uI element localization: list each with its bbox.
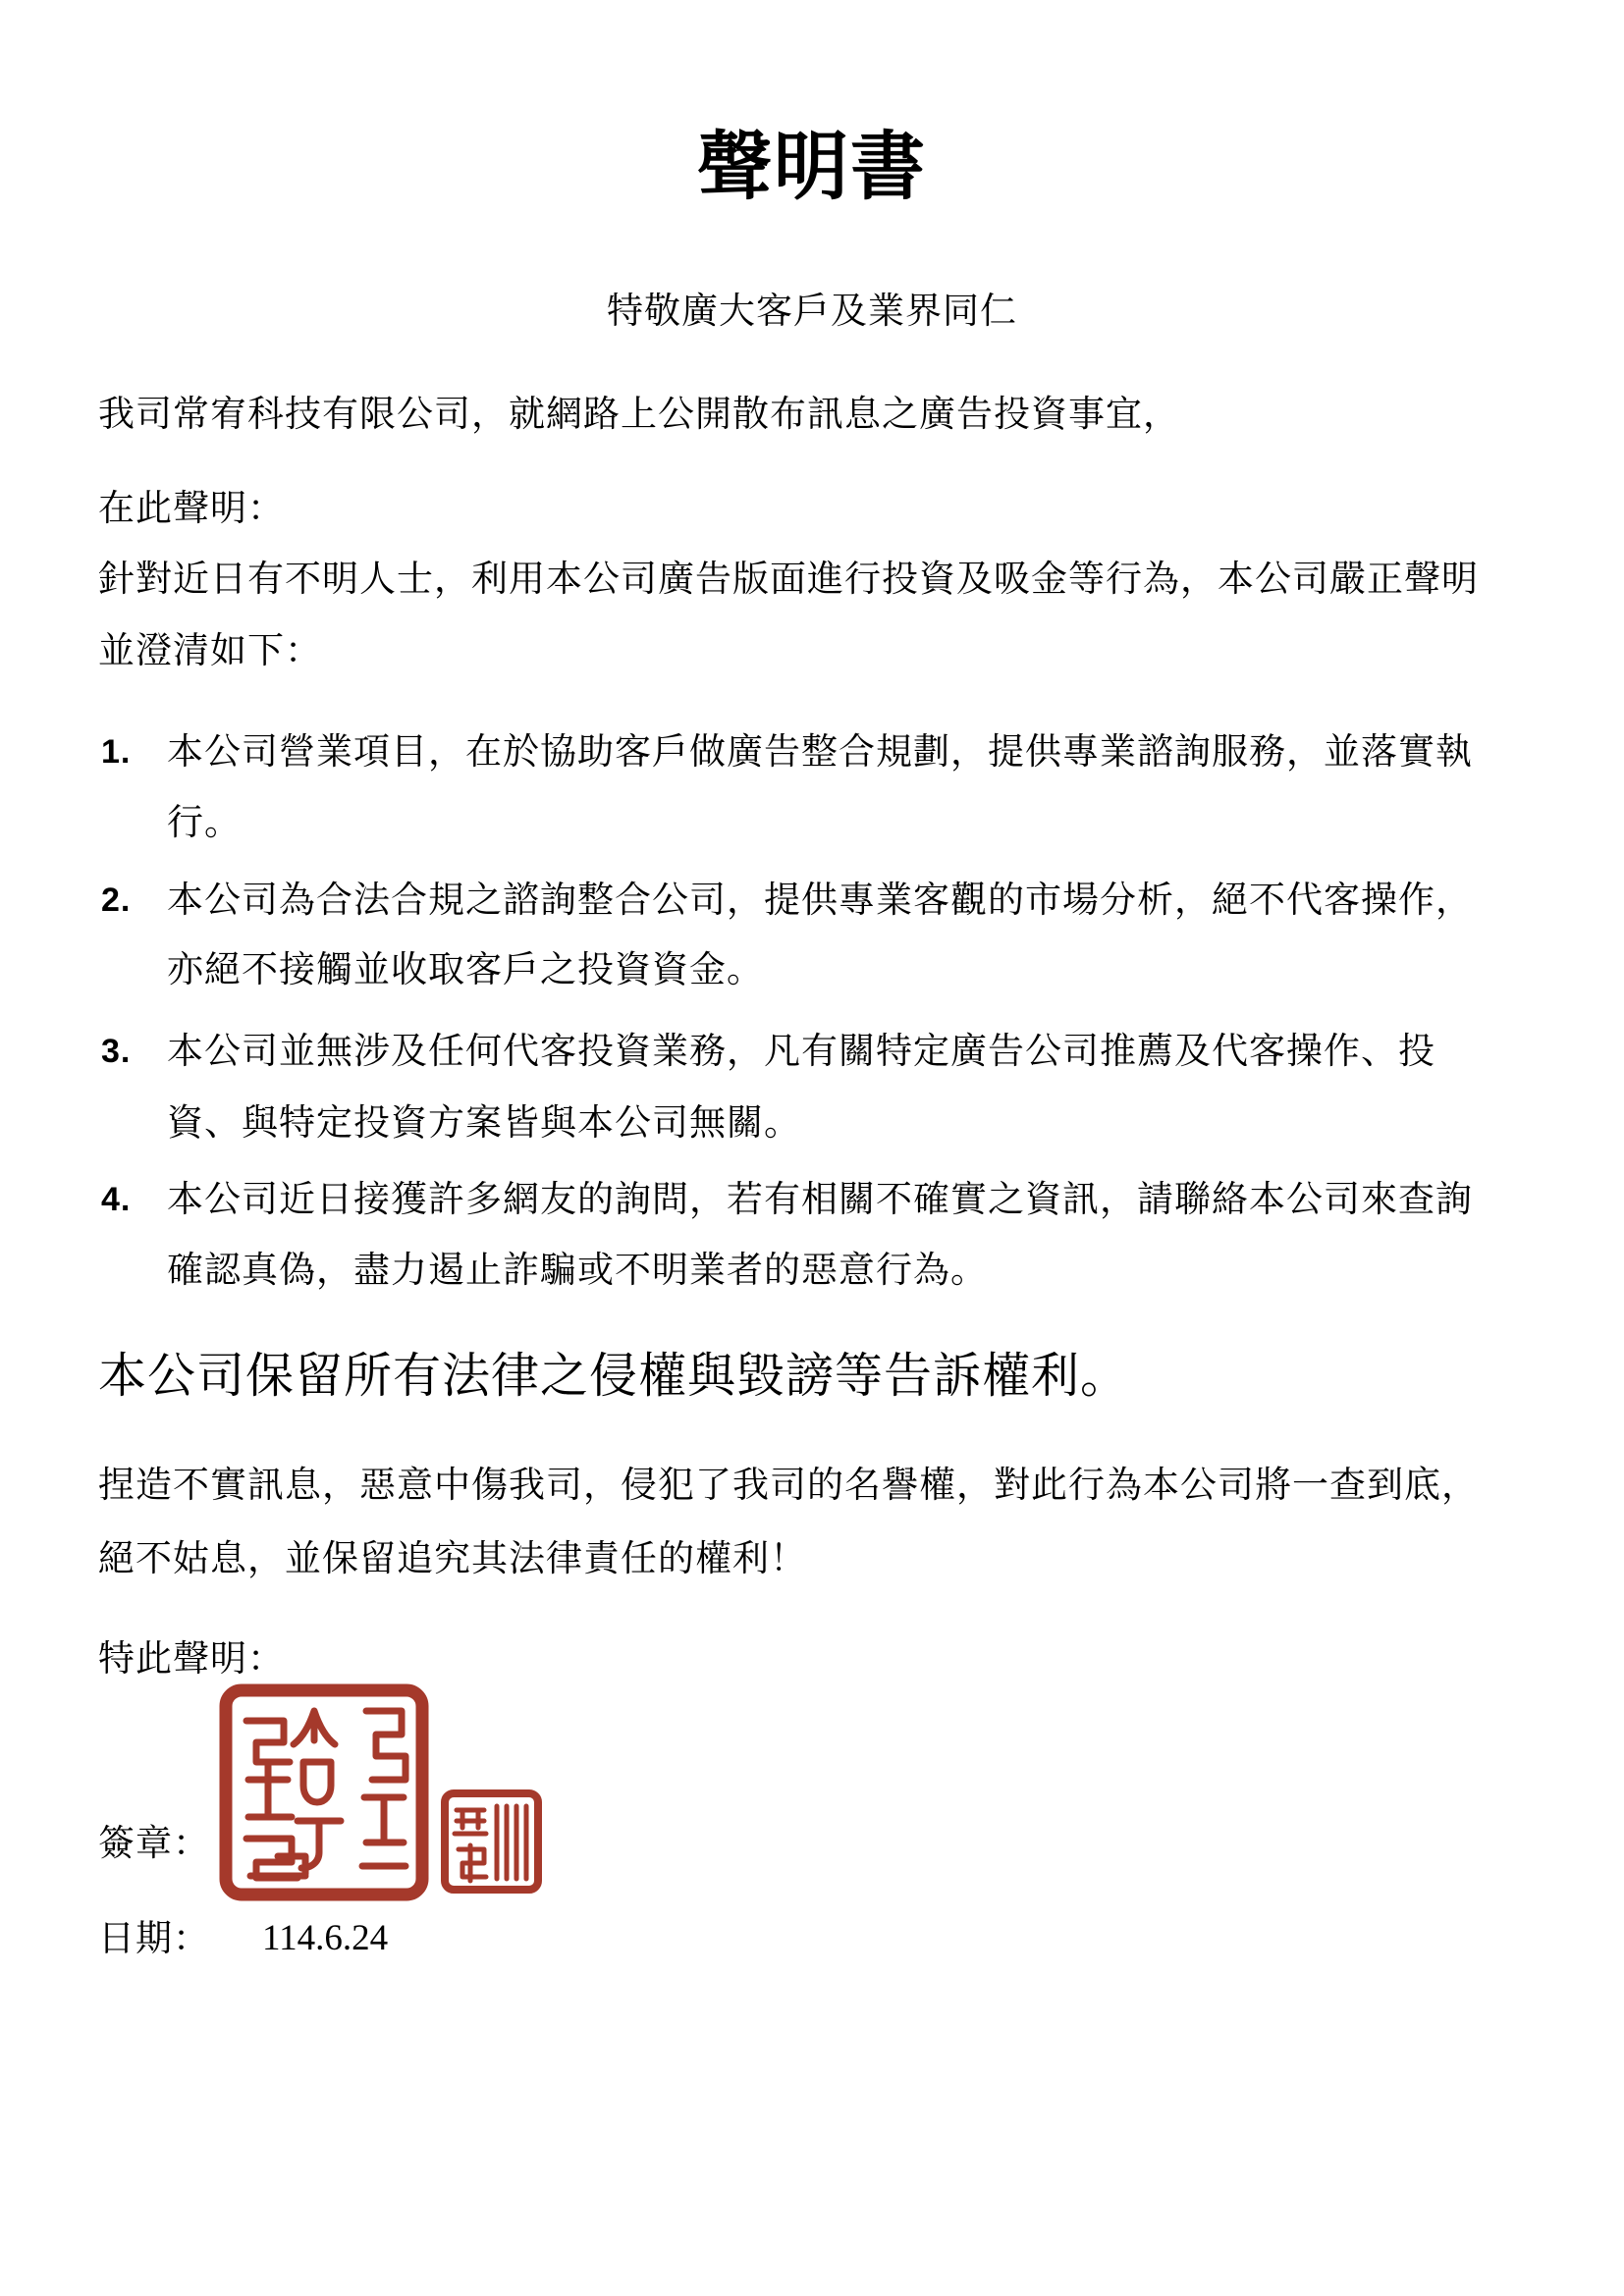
- warning-line: 捏造不實訊息，惡意中傷我司，侵犯了我司的名譽權，對此行為本公司將一查到底，: [98, 1466, 1479, 1506]
- list-item-number: 3.: [101, 1034, 131, 1070]
- list-item-line: 本公司營業項目，在於協助客戶做廣告整合規劃，提供專業諮詢服務，並落實執: [167, 732, 1473, 773]
- signature-label: 簽章：: [98, 1824, 210, 1864]
- date-value: 114.6.24: [262, 1919, 388, 1959]
- list-item-line: 確認真偽，盡力遏止詐騙或不明業者的惡意行為。: [167, 1251, 988, 1291]
- declaration-lead: 在此聲明：: [98, 489, 285, 529]
- warning-line: 絕不姑息，並保留追究其法律責任的權利！: [98, 1539, 807, 1579]
- list-item-line: 本公司近日接獲許多網友的詢問，若有相關不確實之資訊，請聯絡本公司來查詢: [167, 1180, 1473, 1220]
- list-item-number: 1.: [101, 734, 131, 771]
- closing-line: 特此聲明：: [98, 1639, 285, 1680]
- company-seal-small-icon: [440, 1789, 543, 1895]
- list-item-number: 4.: [101, 1182, 131, 1218]
- list-item-number: 2.: [101, 882, 131, 919]
- list-item-line: 行。: [167, 803, 242, 843]
- declaration-document: 聲明書 特敬廣大客戶及業界同仁 我司常宥科技有限公司，就網路上公開散布訊息之廣告…: [0, 0, 1624, 2296]
- rights-statement: 本公司保留所有法律之侵權與毀謗等告訴權利。: [98, 1350, 1129, 1403]
- list-item-line: 資、與特定投資方案皆與本公司無關。: [167, 1103, 801, 1144]
- list-item-line: 亦絕不接觸並收取客戶之投資資金。: [167, 950, 764, 990]
- company-seal-large-icon: [219, 1683, 429, 1901]
- list-item-line: 本公司為合法合規之諮詢整合公司，提供專業客觀的市場分析，絕不代客操作，: [167, 881, 1473, 921]
- intro-paragraph: 我司常宥科技有限公司，就網路上公開散布訊息之廣告投資事宜，: [98, 395, 1180, 435]
- declaration-body-line: 針對近日有不明人士，利用本公司廣告版面進行投資及吸金等行為，本公司嚴正聲明: [98, 560, 1479, 600]
- list-item-line: 本公司並無涉及任何代客投資業務，凡有關特定廣告公司推薦及代客操作、投: [167, 1032, 1435, 1072]
- date-label: 日期：: [98, 1919, 210, 1959]
- salutation-line: 特敬廣大客戶及業界同仁: [0, 292, 1624, 332]
- document-title: 聲明書: [0, 126, 1624, 208]
- declaration-body-line: 並澄清如下：: [98, 631, 322, 671]
